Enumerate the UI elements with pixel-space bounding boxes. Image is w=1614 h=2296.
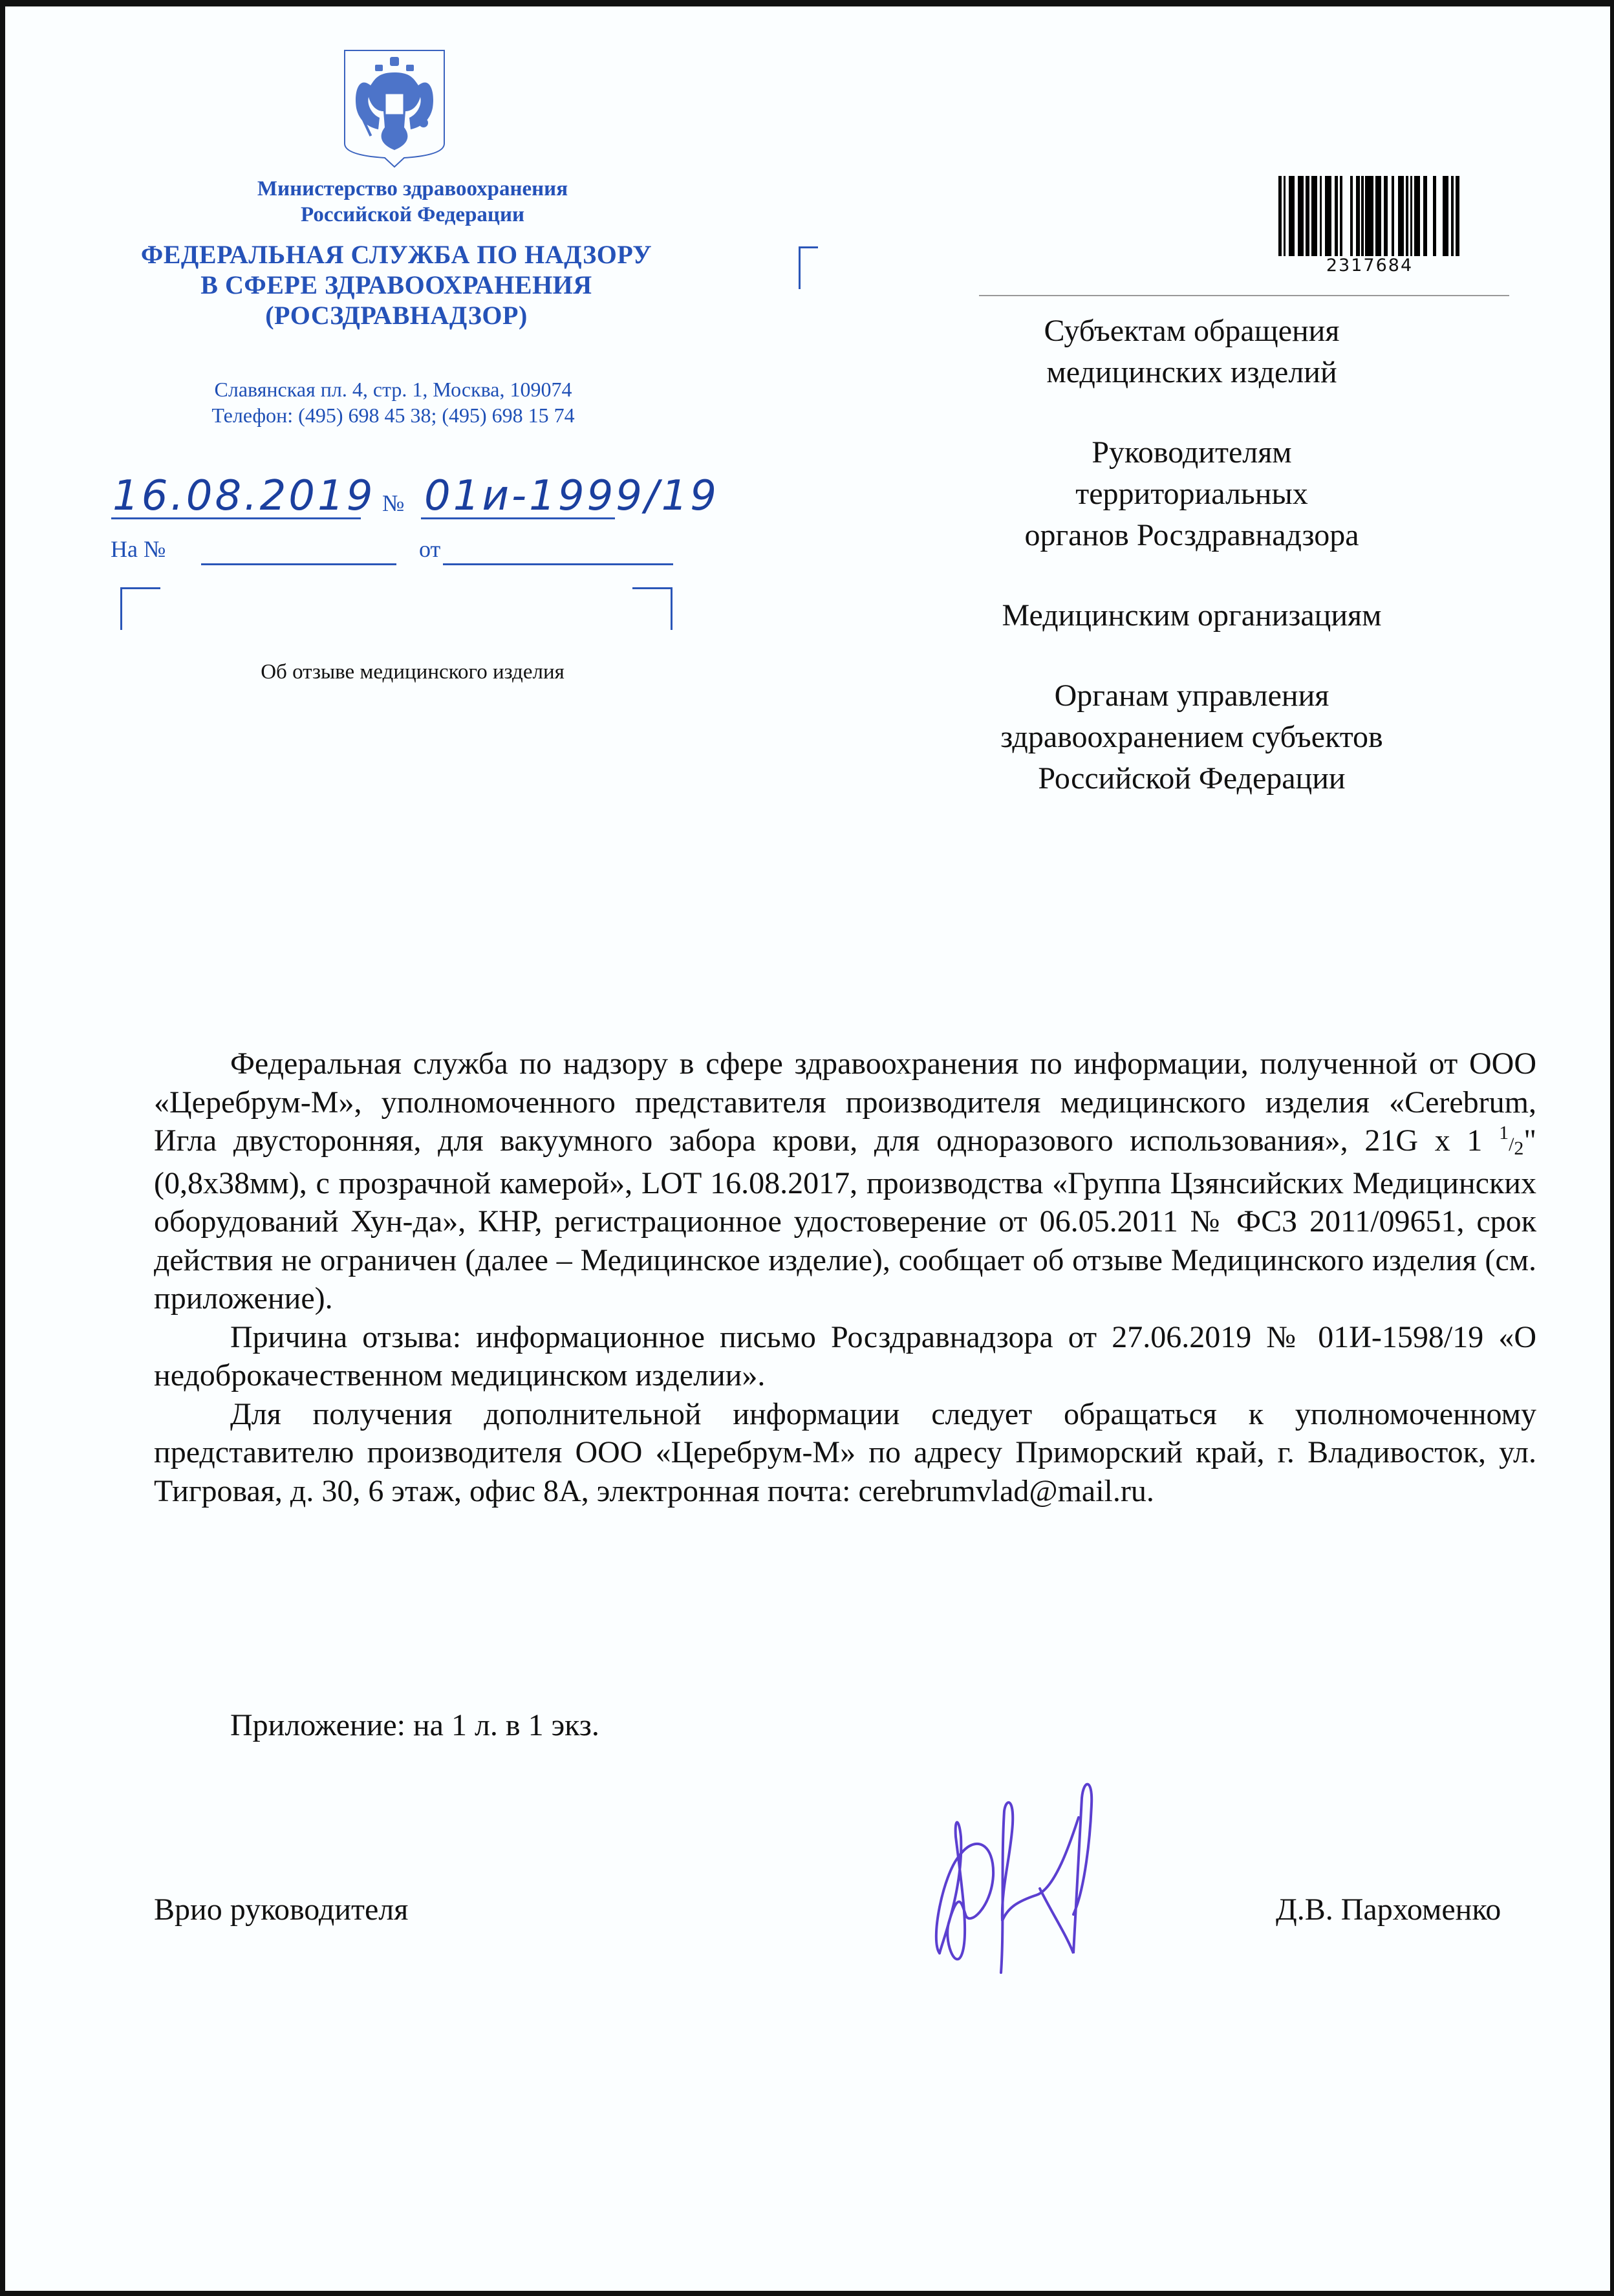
paragraph-text: Федеральная служба по надзору в сфере зд… xyxy=(154,1046,1536,1158)
recipients-block: Субъектам обращения медицинских изделий … xyxy=(917,310,1467,838)
bracket-left-vertical xyxy=(120,587,122,630)
recipient-line: Российской Федерации xyxy=(917,758,1467,799)
barcode-number: 2317684 xyxy=(1273,255,1467,276)
recipient-2: Руководителям территориальных органов Ро… xyxy=(917,432,1467,556)
recipient-line: Субъектам обращения xyxy=(917,310,1467,352)
recipient-line: Органам управления xyxy=(917,675,1467,717)
ministry-line-2: Российской Федерации xyxy=(154,202,671,228)
recipient-line: территориальных xyxy=(917,473,1467,515)
recipient-line: органов Росздравнадзора xyxy=(917,515,1467,556)
date-underline xyxy=(111,517,361,519)
signature-icon xyxy=(904,1759,1117,1986)
service-line-3: (РОСЗДРАВНАДЗОР) xyxy=(102,300,691,330)
ministry-name: Министерство здравоохранения Российской … xyxy=(154,176,671,228)
recipient-line: медицинских изделий xyxy=(917,352,1467,393)
recipient-line: Руководителям xyxy=(917,432,1467,473)
address-line: Славянская пл. 4, стр. 1, Москва, 109074 xyxy=(134,376,652,402)
recipient-line: здравоохранением субъектов xyxy=(917,717,1467,758)
letter-body: Федеральная служба по надзору в сфере зд… xyxy=(154,1045,1536,1510)
letterhead-address: Славянская пл. 4, стр. 1, Москва, 109074… xyxy=(134,376,652,428)
service-line-1: ФЕДЕРАЛЬНАЯ СЛУЖБА ПО НАДЗОРУ xyxy=(102,239,691,270)
bracket-left-horizontal xyxy=(120,587,160,589)
paragraph-2: Причина отзыва: информационное письмо Ро… xyxy=(154,1318,1536,1395)
ministry-line-1: Министерство здравоохранения xyxy=(154,176,671,202)
recipient-4: Органам управления здравоохранением субъ… xyxy=(917,675,1467,799)
coat-of-arms-icon xyxy=(339,47,449,169)
number-sign: № xyxy=(382,490,404,517)
registration-number: 01и-1999/19 xyxy=(424,472,812,520)
reply-number-field xyxy=(201,563,396,565)
recipient-1: Субъектам обращения медицинских изделий xyxy=(917,310,1467,393)
reply-to-label: На № xyxy=(111,536,166,563)
bracket-right-horizontal xyxy=(632,587,672,589)
letter-subject: Об отзыве медицинского изделия xyxy=(154,660,671,684)
paragraph-3: Для получения дополнительной информации … xyxy=(154,1395,1536,1511)
email-link[interactable]: cerebrumvlad@mail.ru xyxy=(859,1474,1146,1508)
service-line-2: В СФЕРЕ ЗДРАВООХРАНЕНИЯ xyxy=(102,270,691,300)
signatory-name: Д.В. Пархоменко xyxy=(1276,1892,1501,1927)
document-page: Министерство здравоохранения Российской … xyxy=(5,6,1610,2291)
number-underline xyxy=(421,517,615,519)
registration-date: 16.08.2019 xyxy=(113,472,371,520)
recipient-line: Медицинским организациям xyxy=(917,595,1467,636)
address-bracket-vertical xyxy=(799,246,801,289)
barcode xyxy=(1278,176,1472,256)
paragraph-1: Федеральная служба по надзору в сфере зд… xyxy=(154,1045,1536,1318)
signatory-title: Врио руководителя xyxy=(154,1892,408,1927)
from-label: от xyxy=(419,536,440,563)
recipient-3: Медицинским организациям xyxy=(917,595,1467,636)
reply-date-field xyxy=(443,563,673,565)
appendix-note: Приложение: на 1 л. в 1 экз. xyxy=(230,1707,599,1743)
fraction: 1/2 xyxy=(1499,1134,1523,1155)
phone-line: Телефон: (495) 698 45 38; (495) 698 15 7… xyxy=(134,402,652,428)
address-bracket-horizontal xyxy=(799,246,818,248)
fraction-numerator: 1 xyxy=(1499,1122,1509,1143)
paragraph-text: . xyxy=(1146,1474,1154,1508)
service-name: ФЕДЕРАЛЬНАЯ СЛУЖБА ПО НАДЗОРУ В СФЕРЕ ЗД… xyxy=(102,239,691,330)
barcode-divider xyxy=(979,295,1509,296)
fraction-denominator: 2 xyxy=(1514,1138,1523,1159)
paragraph-text: Для получения дополнительной информации … xyxy=(154,1397,1536,1508)
bracket-right-vertical xyxy=(671,587,672,630)
